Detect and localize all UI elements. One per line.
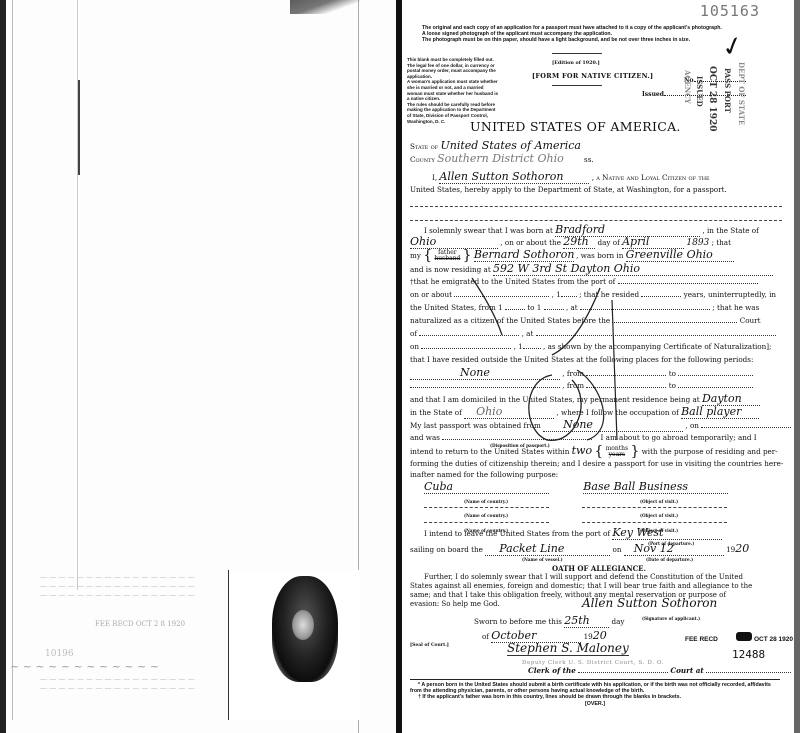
ghost-fee-stamp: FEE RECD OCT 2 8 1920 bbox=[95, 620, 185, 629]
page-edge bbox=[0, 0, 6, 733]
ghost-number: 10196 bbox=[45, 650, 74, 659]
pen-scrawl-marks bbox=[402, 0, 794, 733]
photo-face bbox=[292, 610, 314, 640]
right-page: 105163 The original and each copy of an … bbox=[402, 0, 794, 733]
bleed-through-text: — — — — — — — — — — — — — — — — —— — — —… bbox=[40, 573, 220, 600]
bleed-through-text: — — — — — — — — — — — — — — — — —— — — —… bbox=[40, 675, 220, 693]
left-page: — — — — — — — — — — — — — — — — —— — — —… bbox=[0, 0, 400, 733]
page-border-line bbox=[12, 0, 13, 720]
passport-application: 105163 The original and each copy of an … bbox=[402, 0, 794, 733]
torn-corner bbox=[290, 0, 360, 14]
ghost-handwriting: ~ ~ ~ ~ ~ ~ ~ ~ ~ ~ ~ ~ bbox=[10, 660, 159, 673]
fold-mark bbox=[78, 80, 80, 175]
